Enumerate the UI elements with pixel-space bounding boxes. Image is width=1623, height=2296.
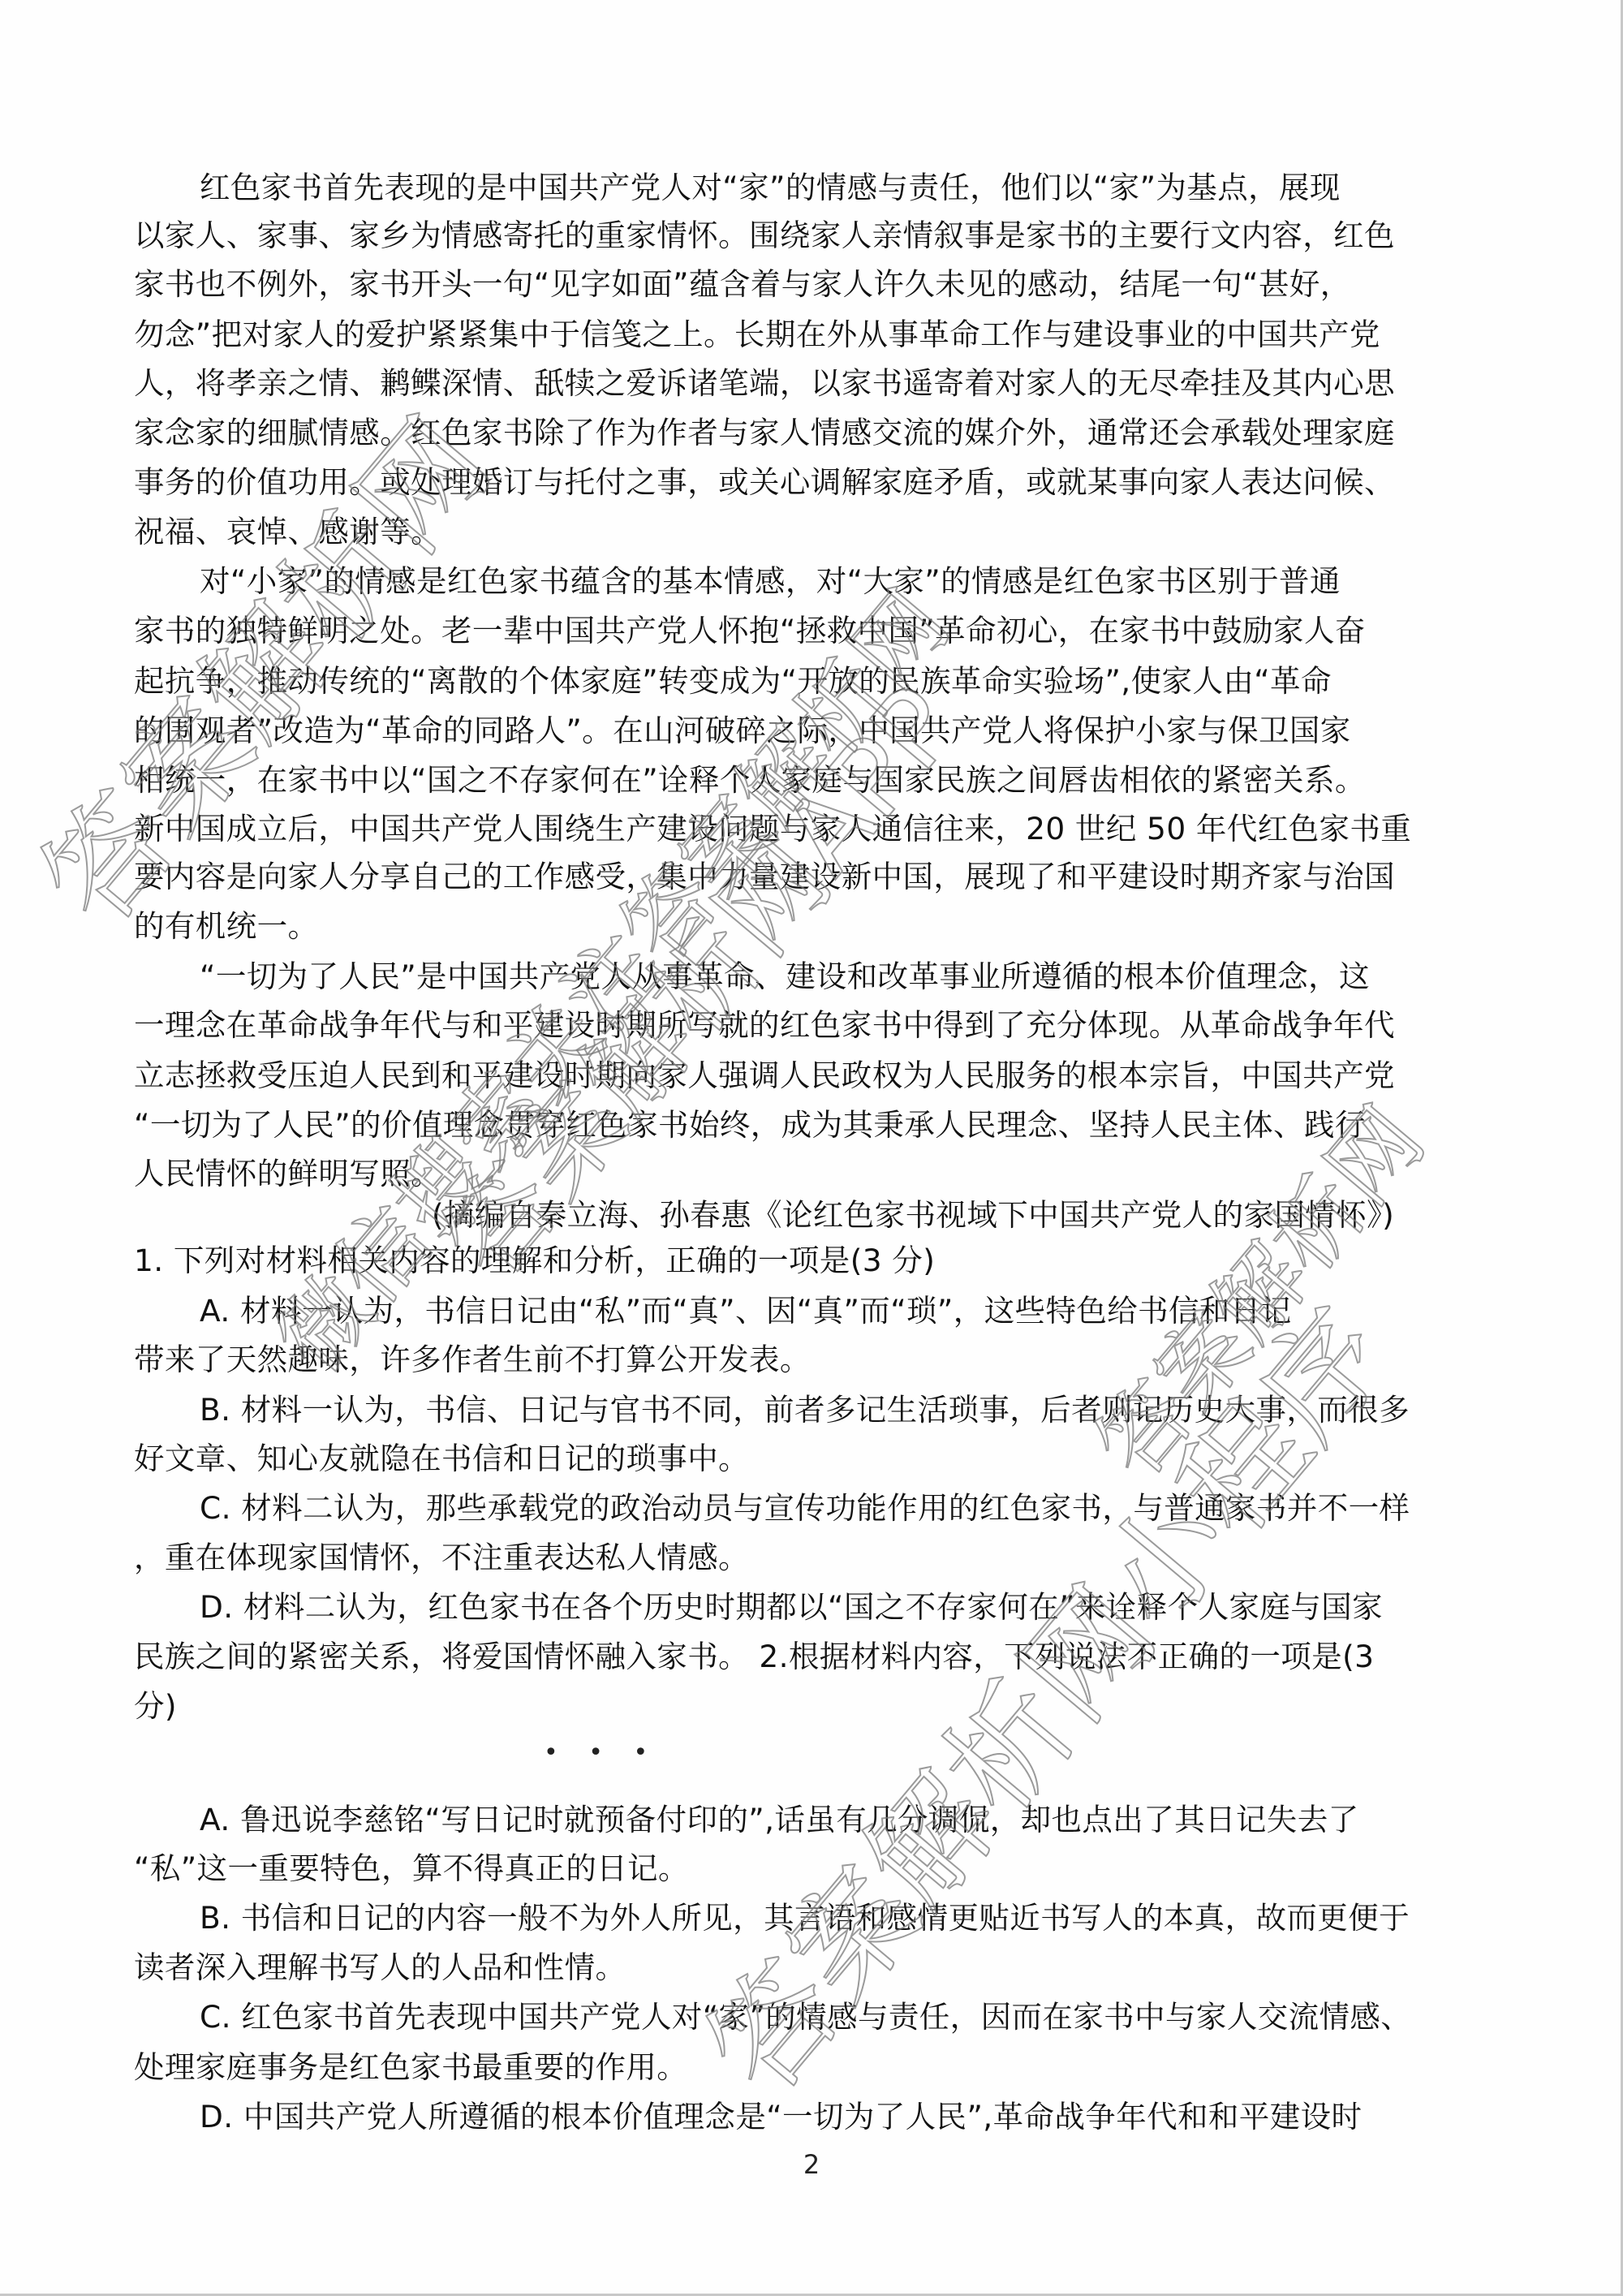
emphasis-dots: • • • [544, 1738, 659, 1767]
question-option-line: 分) [134, 1686, 177, 1726]
passage-line: 家念家的细腻情感。红色家书除了作为作者与家人情感交流的媒介外，通常还会承载处理家… [134, 412, 1395, 453]
question-option-line: ，重在体现家国情怀，不注重表达私人情感。 [134, 1537, 749, 1578]
passage-line: 家书的独特鲜明之处。老一辈中国共产党人怀抱“拯救中国”革命初心，在家书中鼓励家人… [134, 610, 1366, 651]
passage-line: 勿念”把对家人的爱护紧紧集中于信笺之上。长期在外从事革命工作与建设事业的中国共产… [134, 314, 1380, 355]
passage-line: 以家人、家事、家乡为情感寄托的重家情怀。围绕家人亲情叙事是家书的主要行文内容，红… [134, 215, 1395, 256]
question-option-line: 民族之间的紧密关系，将爱国情怀融入家书。 2.根据材料内容，下列说法不正确的一项… [134, 1636, 1374, 1677]
passage-line: 一理念在革命战争年代与和平建设时期所写就的红色家书中得到了充分体现。从革命战争年… [134, 1005, 1395, 1045]
passage-line: 相统一，在家书中以“国之不存家何在”诠释个人家庭与国家民族之间唇齿相依的紧密关系… [134, 760, 1366, 800]
question-option-line: 处理家庭事务是红色家书最重要的作用。 [134, 2047, 687, 2087]
question-option-line: B. 书信和日记的内容一般不为外人所见，其言语和感情更贴近书写人的本真，故而更便… [200, 1898, 1410, 1938]
passage-line: 要内容是向家人分享自己的工作感受，集中力量建设新中国，展现了和平建设时期齐家与治… [134, 856, 1395, 897]
passage-line: 的围观者”改造为“革命的同路人”。在山河破碎之际，中国共产党人将保护小家与保卫国… [134, 710, 1351, 751]
passage-line: “一切为了人民”的价值理念贯穿红色家书始终，成为其秉承人民理念、坚持人民主体、践… [134, 1105, 1366, 1145]
passage-line: 人，将孝亲之情、鹣鲽深情、舐犊之爱诉诸笔端，以家书遥寄着对家人的无尽牵挂及其内心… [134, 363, 1395, 403]
passage-line: 新中国成立后，中国共产党人围绕生产建设问题与家人通信往来，20 世纪 50 年代… [134, 808, 1411, 849]
question-option-line: “私”这一重要特色，算不得真正的日记。 [134, 1848, 689, 1889]
question-option-line: B. 材料一认为，书信、日记与官书不同，前者多记生活琐事，后者则记历史大事，而很… [200, 1389, 1410, 1430]
question-stem: 1. 下列对材料相关内容的理解和分析，正确的一项是(3 分) [134, 1240, 935, 1281]
question-option-line: 好文章、知心友就隐在书信和日记的琐事中。 [134, 1438, 749, 1479]
source-citation: (摘编自秦立海、孙春惠《论红色家书视域下中国共产党人的家国情怀》) [432, 1195, 1394, 1235]
passage-line: “一切为了人民”是中国共产党人从事革命、建设和改革事业所遵循的根本价值理念，这 [200, 956, 1370, 997]
question-option-line: C. 材料二认为，那些承载党的政治动员与宣传功能作用的红色家书，与普通家书并不一… [200, 1488, 1410, 1528]
question-option-line: 带来了天然趣味，许多作者生前不打算公开发表。 [134, 1339, 811, 1380]
passage-line: 立志拯救受压迫人民到和平建设时期向家人强调人民政权为人民服务的根本宗旨，中国共产… [134, 1055, 1395, 1096]
question-option-line: 读者深入理解书写人的人品和性情。 [134, 1947, 626, 1988]
passage-line: 人民情怀的鲜明写照。 [134, 1153, 441, 1194]
passage-line: 对“小家”的情感是红色家书蕴含的基本情感，对“大家”的情感是红色家书区别于普通 [200, 561, 1341, 601]
document-page: 红色家书首先表现的是中国共产党人对“家”的情感与责任，他们以“家”为基点，展现以… [0, 0, 1623, 2296]
passage-line: 起抗争，推动传统的“离散的个体家庭”转变成为“开放的民族革命实验场”,使家人由“… [134, 661, 1332, 701]
passage-line: 家书也不例外，家书开头一句“见字如面”蕴含着与家人许久未见的感动，结尾一句“甚好… [134, 264, 1351, 304]
question-option-line: D. 中国共产党人所遵循的根本价值理念是“一切为了人民”,革命战争年代和和平建设… [200, 2096, 1362, 2137]
question-option-line: C. 红色家书首先表现中国共产党人对“家”的情感与责任，因而在家书中与家人交流情… [200, 1997, 1411, 2037]
page-number: 2 [0, 2149, 1623, 2180]
passage-line: 红色家书首先表现的是中国共产党人对“家”的情感与责任，他们以“家”为基点，展现 [200, 167, 1341, 208]
passage-line: 事务的价值功用。或处理婚订与托付之事，或关心调解家庭矛盾，或就某事向家人表达问候… [134, 462, 1395, 502]
passage-line: 的有机统一。 [134, 906, 318, 946]
question-option-line: A. 鲁迅说李慈铭“写日记时就预备付印的”,话虽有几分调侃，却也点出了其日记失去… [200, 1799, 1359, 1840]
passage-line: 祝福、哀悼、感谢等。 [134, 511, 441, 552]
question-option-line: A. 材料一认为，书信日记由“私”而“真”、因“真”而“琐”，这些特色给书信和日… [200, 1290, 1292, 1331]
question-option-line: D. 材料二认为，红色家书在各个历史时期都以“国之不存家何在”来诠释个人家庭与国… [200, 1587, 1383, 1627]
